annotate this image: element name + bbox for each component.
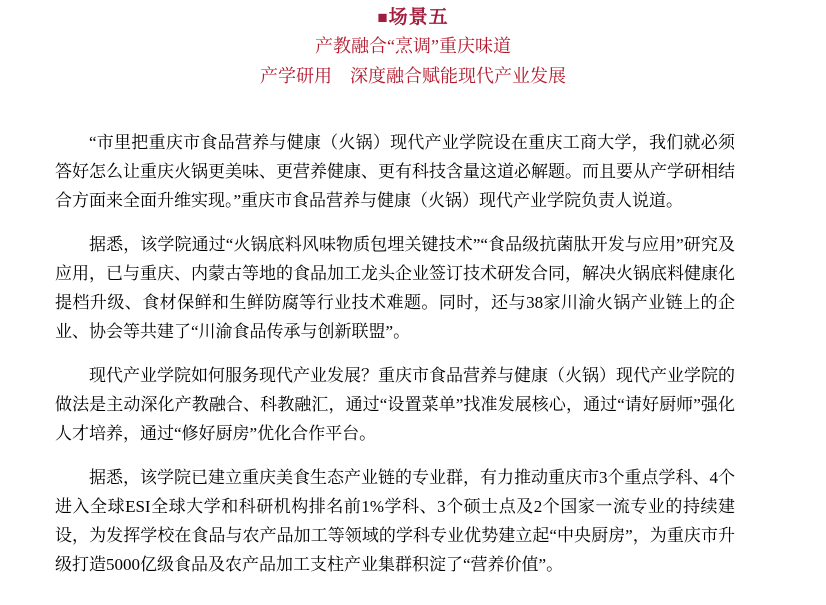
square-bullet-icon: ■ — [377, 8, 388, 27]
section-title-text: 场景五 — [389, 7, 449, 28]
body-paragraph-3: 现代产业学院如何服务现代产业发展？重庆市食品营养与健康（火锅）现代产业学院的做法… — [55, 361, 735, 448]
body-paragraph-2: 据悉，该学院通过“火锅底料风味物质包埋关键技术”“食品级抗菌肽开发与应用”研究及… — [55, 230, 735, 346]
article-page: ■场景五 产教融合“烹调”重庆味道 产学研用 深度融合赋能现代产业发展 “市里把… — [0, 0, 826, 605]
body-paragraph-4: 据悉，该学院已建立重庆美食生态产业链的专业群，有力推动重庆市3个重点学科、4个进… — [55, 463, 735, 579]
article-header: ■场景五 产教融合“烹调”重庆味道 产学研用 深度融合赋能现代产业发展 — [0, 0, 826, 91]
article-subtitle-2: 产学研用 深度融合赋能现代产业发展 — [0, 61, 826, 91]
article-subtitle-1: 产教融合“烹调”重庆味道 — [0, 31, 826, 61]
section-title: ■场景五 — [0, 5, 826, 31]
body-paragraph-1: “市里把重庆市食品营养与健康（火锅）现代产业学院设在重庆工商大学，我们就必须答好… — [55, 128, 735, 215]
article-body: “市里把重庆市食品营养与健康（火锅）现代产业学院设在重庆工商大学，我们就必须答好… — [55, 128, 735, 579]
